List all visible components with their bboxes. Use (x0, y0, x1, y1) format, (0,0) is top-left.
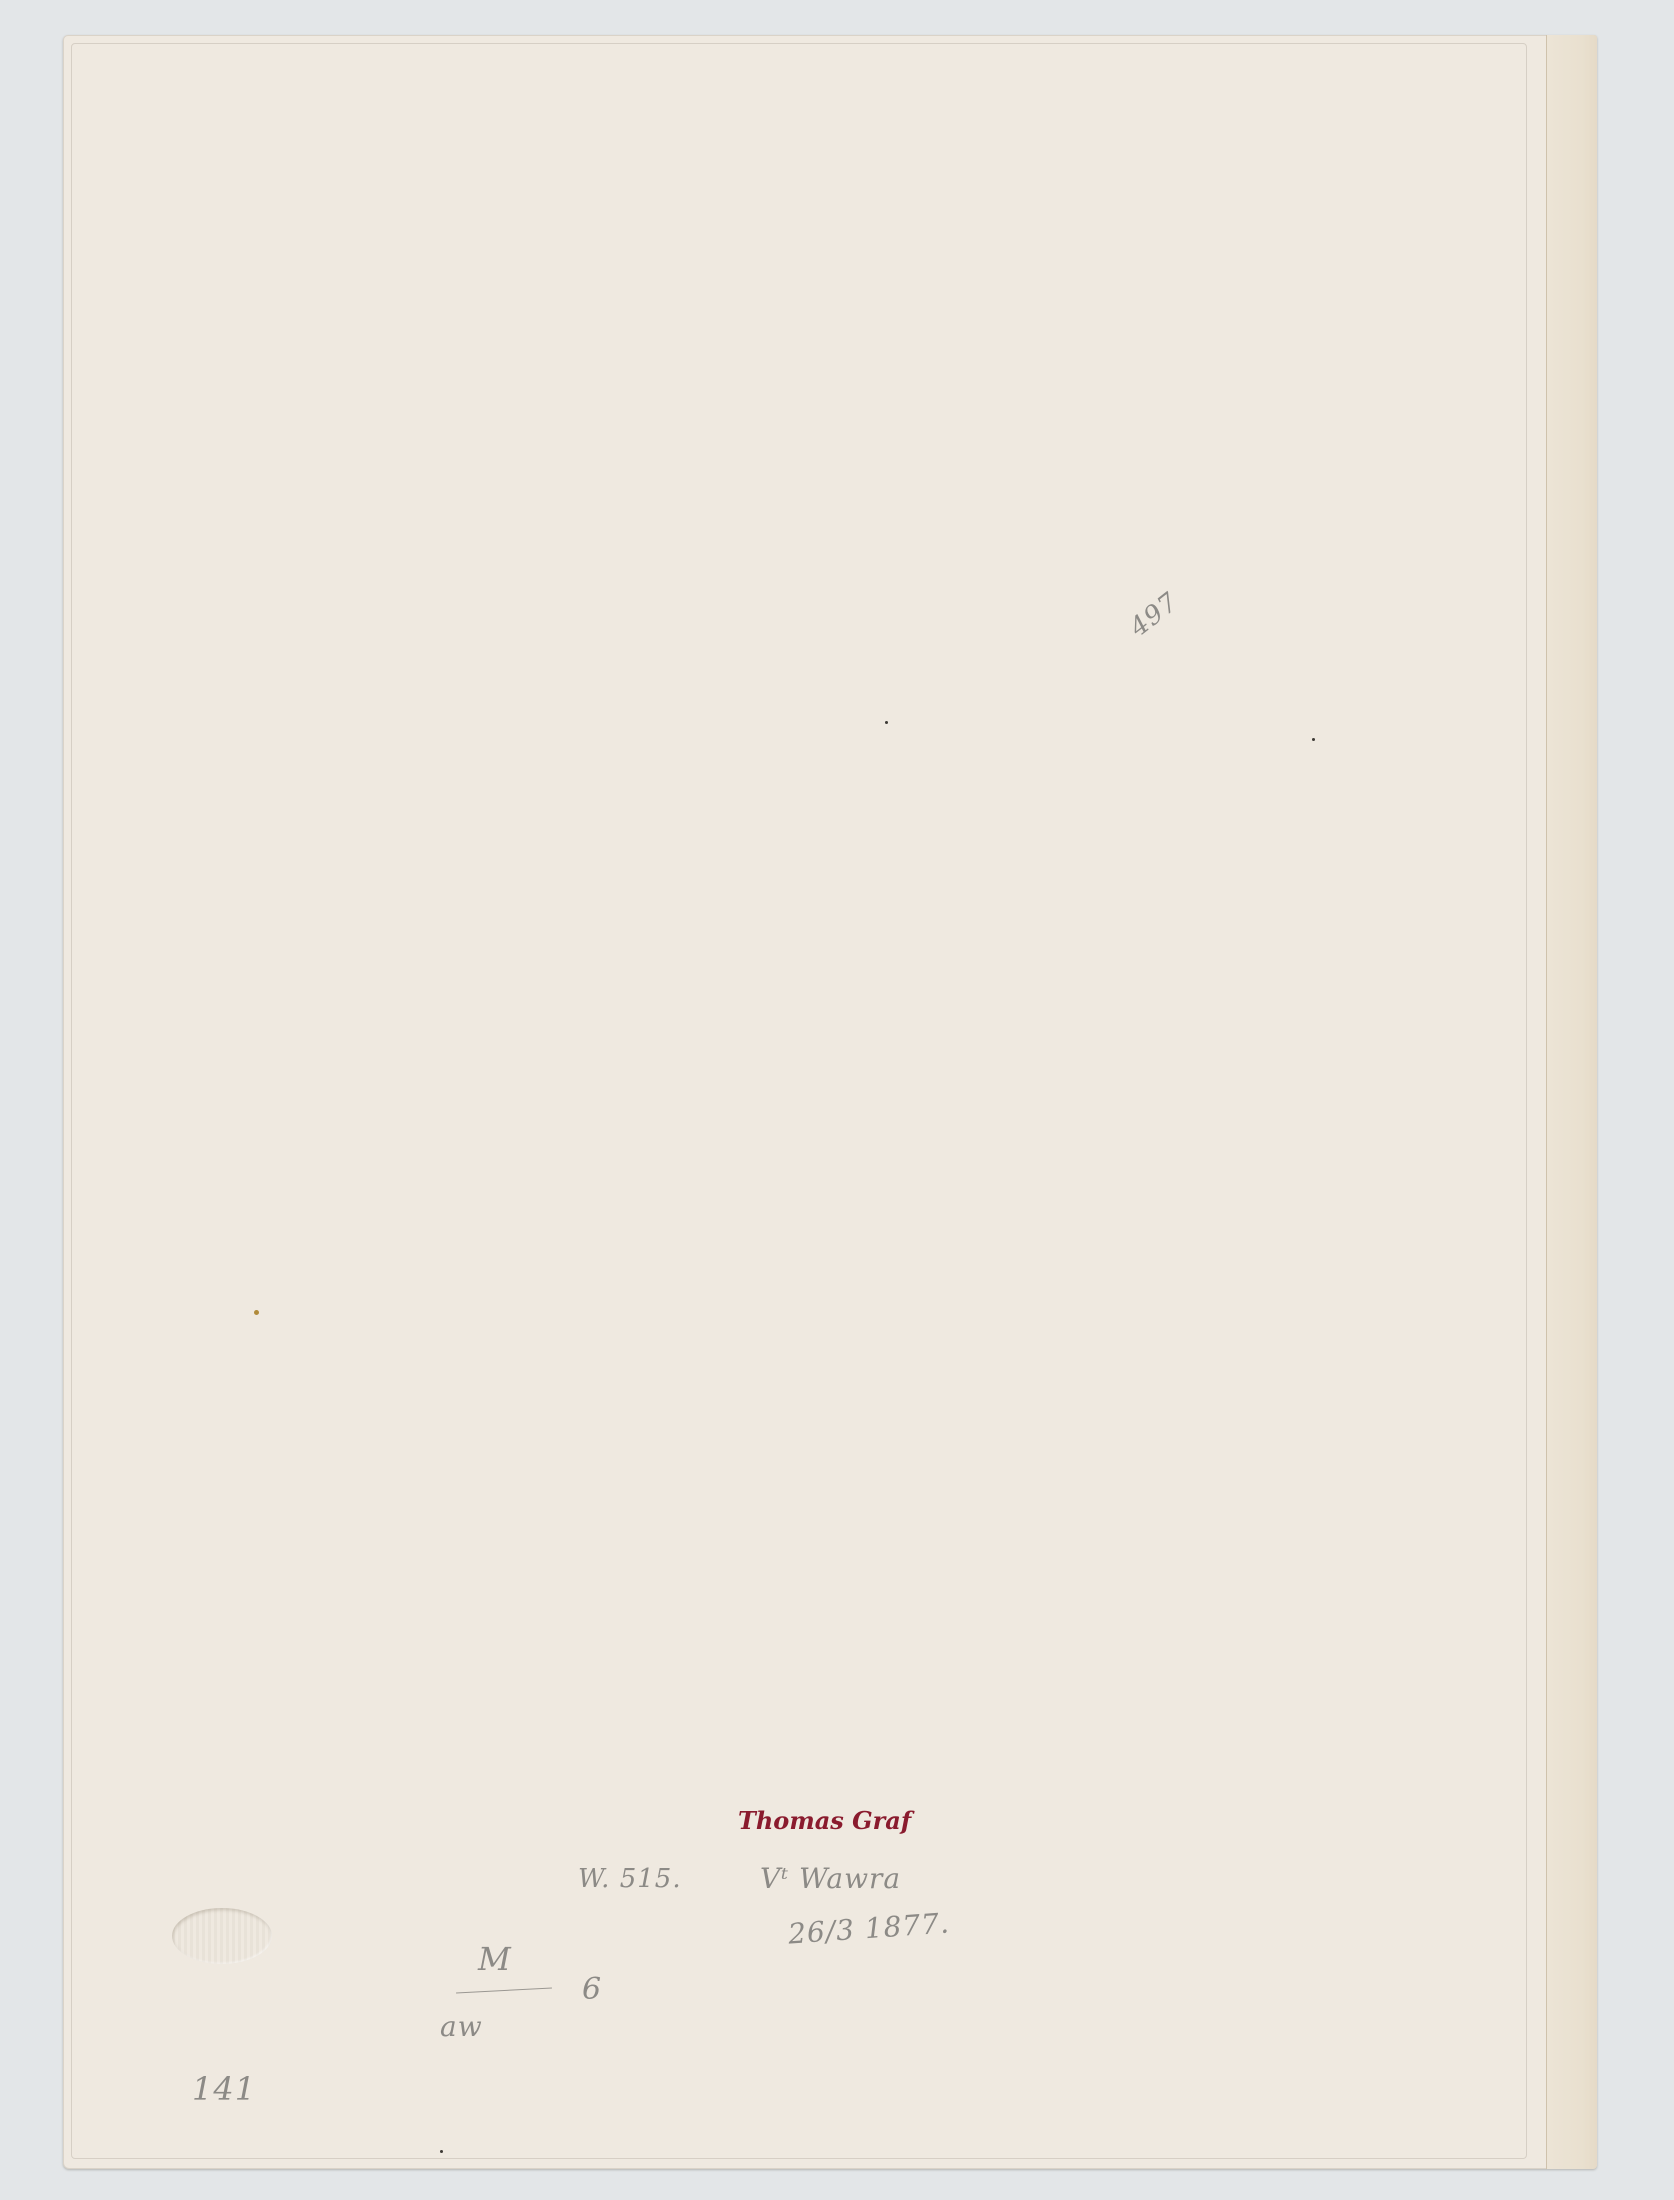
inscription-name: Vᵗ Wawra (760, 1862, 901, 1895)
fraction-numerator: M (478, 1940, 512, 1978)
speck (440, 2150, 443, 2153)
collector-stamp: Thomas Graf (738, 1806, 911, 1835)
blind-stamp-icon (172, 1908, 272, 1964)
inscription-catalogue: W. 515. (578, 1864, 682, 1894)
fraction-side-number: 6 (582, 1972, 602, 2007)
speck (254, 1310, 259, 1315)
mount-strip (1546, 35, 1597, 2169)
speck (885, 721, 888, 724)
paper-sheet (63, 35, 1597, 2169)
speck (1312, 738, 1315, 741)
fraction-denominator: aw (440, 2010, 483, 2043)
inventory-number-lower: 141 (192, 2070, 256, 2108)
